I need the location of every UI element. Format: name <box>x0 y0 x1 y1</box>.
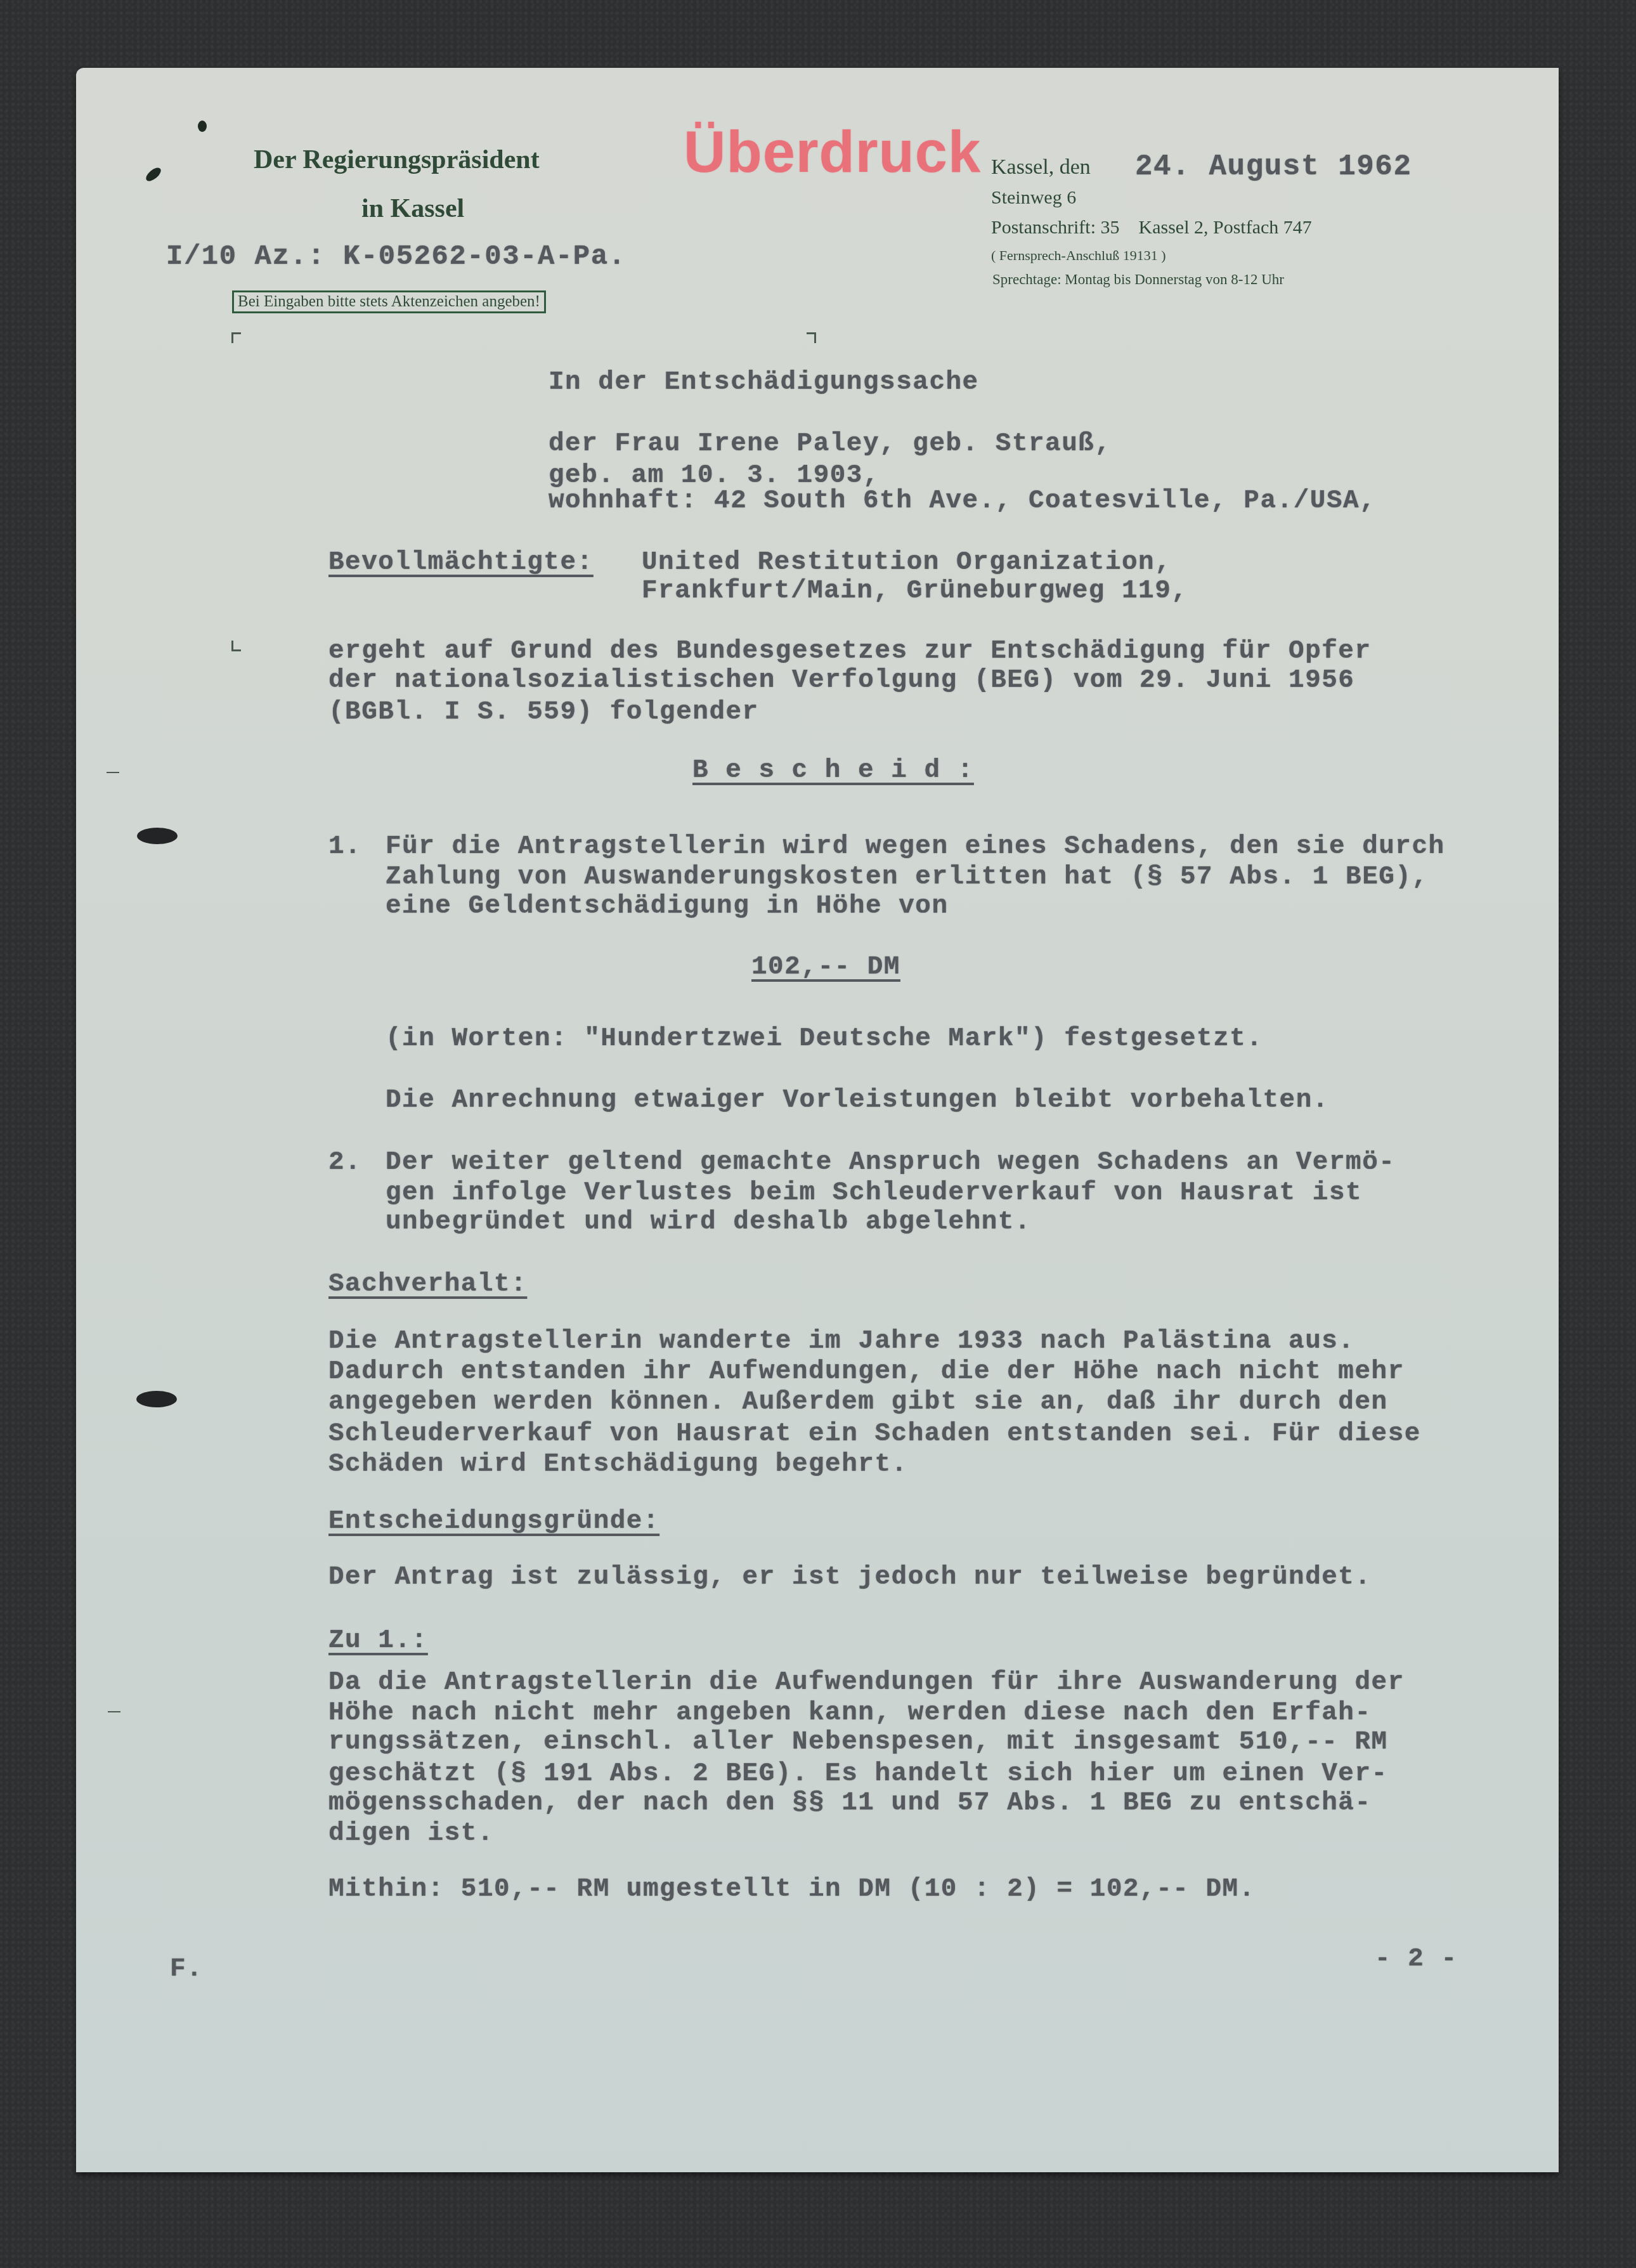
page-continuation: - 2 - <box>1375 1943 1458 1976</box>
decision-title: B e s c h e i d : <box>692 755 974 787</box>
address-window-corner <box>231 332 241 343</box>
file-reference: I/10 Az.: K-05262-03-A-Pa. <box>166 241 626 273</box>
reasons-line: Da die Antragstellerin die Aufwendungen … <box>328 1667 1405 1699</box>
claimant-name: der Frau Irene Paley, geb. Strauß, <box>549 428 1112 460</box>
punch-hole <box>136 1391 177 1407</box>
facts-line: Schleuderverkauf von Hausrat ein Schaden… <box>328 1418 1421 1450</box>
postal-address: Postanschrift: 35 Kassel 2, Postfach 747 <box>991 217 1312 238</box>
decision-item-2: Der weiter geltend gemachte Anspruch weg… <box>386 1147 1395 1179</box>
office-hours: Sprechtage: Montag bis Donnerstag von 8-… <box>992 271 1284 288</box>
authority-name: Der Regierungspräsident <box>254 145 540 175</box>
place-label: Kassel, den <box>991 155 1091 179</box>
fold-mark <box>108 1711 120 1712</box>
item-number: 2. <box>328 1147 361 1179</box>
reference-note: Bei Eingaben bitte stets Aktenzeichen an… <box>232 290 546 313</box>
reasons-line: mögensschaden, der nach den §§ 11 und 57… <box>328 1787 1372 1820</box>
decision-item-2: unbegründet und wird deshalb abgelehnt. <box>386 1206 1031 1239</box>
case-intro: In der Entschädigungssache <box>549 367 979 399</box>
reasons-line: geschätzt (§ 191 Abs. 2 BEG). Es handelt… <box>328 1758 1388 1790</box>
address-window-corner <box>231 641 241 651</box>
calculation-line: Mithin: 510,-- RM umgestellt in DM (10 :… <box>328 1874 1256 1906</box>
representative-label: Bevollmächtigte: <box>328 547 594 579</box>
ink-speck <box>198 121 207 132</box>
representative-address: Frankfurt/Main, Grüneburgweg 119, <box>642 575 1188 608</box>
amount-in-words: (in Worten: "Hundertzwei Deutsche Mark")… <box>386 1023 1263 1055</box>
facts-line: Dadurch entstanden ihr Aufwendungen, die… <box>328 1356 1405 1388</box>
legal-basis: (BGBl. I S. 559) folgender <box>328 696 759 729</box>
decision-item-1: Zahlung von Auswanderungskosten erlitten… <box>386 861 1429 894</box>
street-address: Steinweg 6 <box>991 187 1076 209</box>
decision-item-2: gen infolge Verlustes beim Schleuderverk… <box>386 1177 1362 1209</box>
initials-mark: F. <box>170 1953 203 1986</box>
reasons-line: rungssätzen, einschl. aller Nebenspesen,… <box>328 1726 1388 1759</box>
address-window-corner <box>807 332 816 343</box>
phone-number: ( Fernsprech-Anschluß 19131 ) <box>991 247 1166 264</box>
reasons-line: Höhe nach nicht mehr angeben kann, werde… <box>328 1697 1372 1730</box>
decision-item-1: eine Geldentschädigung in Höhe von <box>386 890 949 923</box>
legal-basis: der nationalsozialistischen Verfolgung (… <box>328 665 1354 697</box>
facts-line: angegeben werden können. Außerdem gibt s… <box>328 1386 1388 1419</box>
reservation-note: Die Anrechnung etwaiger Vorleistungen bl… <box>386 1085 1329 1117</box>
fold-mark <box>107 772 119 773</box>
reasons-summary: Der Antrag ist zulässig, er ist jedoch n… <box>328 1561 1372 1594</box>
facts-line: Schäden wird Entschädigung begehrt. <box>328 1449 908 1481</box>
overprint-stamp: Überdruck <box>684 119 981 186</box>
award-amount: 102,-- DM <box>751 951 900 984</box>
claimant-address: wohnhaft: 42 South 6th Ave., Coatesville… <box>549 485 1376 518</box>
reasons-subheading: Zu 1.: <box>328 1625 428 1657</box>
letter-date: 24. August 1962 <box>1135 151 1412 183</box>
decision-item-1: Für die Antragstellerin wird wegen eines… <box>386 831 1445 863</box>
facts-line: Die Antragstellerin wanderte im Jahre 19… <box>328 1326 1354 1358</box>
item-number: 1. <box>328 831 361 863</box>
punch-hole <box>137 828 178 844</box>
representative-org: United Restitution Organization, <box>642 547 1171 579</box>
reasons-heading: Entscheidungsgründe: <box>328 1506 659 1538</box>
legal-basis: ergeht auf Grund des Bundesgesetzes zur … <box>328 635 1372 668</box>
facts-heading: Sachverhalt: <box>328 1268 527 1301</box>
reasons-line: digen ist. <box>328 1818 494 1850</box>
authority-city: in Kassel <box>361 193 464 224</box>
